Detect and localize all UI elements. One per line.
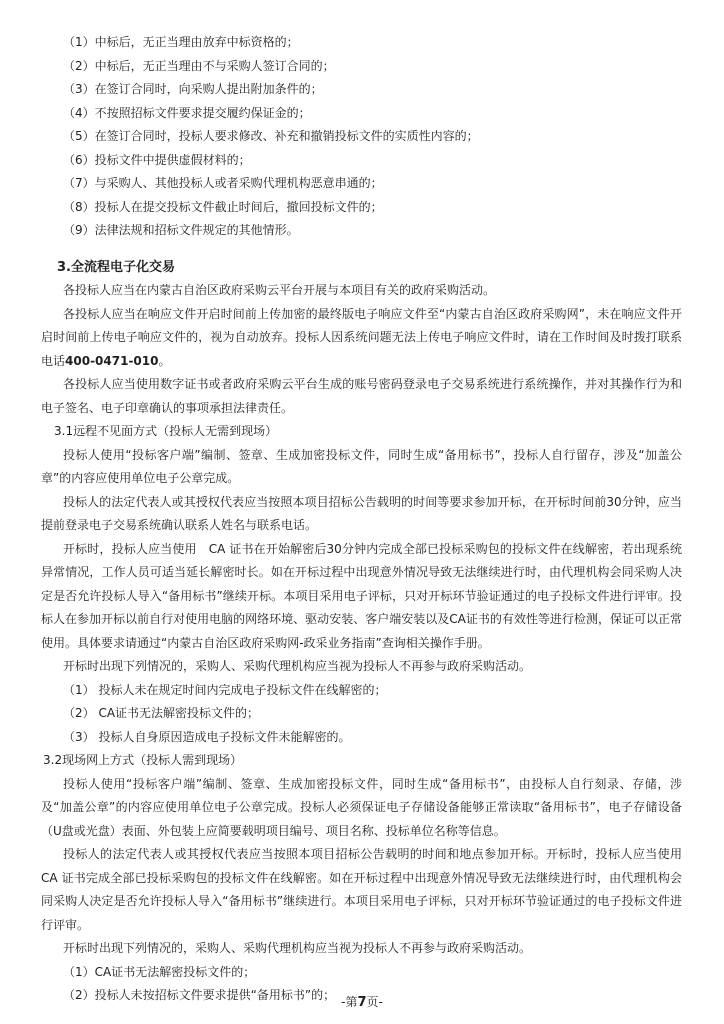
list-item: （5）在签订合同时，投标人要求修改、补充和撤销投标文件的实质性内容的； <box>41 125 682 149</box>
list-item: （6）投标文件中提供虚假材料的； <box>41 149 682 173</box>
list-item: （2） CA证书无法解密投标文件的； <box>41 702 682 726</box>
page-footer-text: 页- <box>367 995 383 1009</box>
paragraph: 投标人使用“投标客户端”编制、签章、生成加密投标文件，同时生成“备用标书”，由投… <box>41 773 682 844</box>
list-item: （3）在签订合同时，向采购人提出附加条件的； <box>41 78 682 102</box>
list-item: （2）中标后，无正当理由不与采购人签订合同的； <box>41 55 682 79</box>
list-item: （8）投标人在提交投标文件截止时间后，撤回投标文件的； <box>41 196 682 220</box>
list-item: （4）不按照招标文件要求提交履约保证金的； <box>41 102 682 126</box>
document-page: （1）中标后，无正当理由放弃中标资格的； （2）中标后，无正当理由不与采购人签订… <box>0 0 724 1024</box>
paragraph: 投标人的法定代表人或其授权代表应当按照本项目招标公告载明的时间等要求参加开标，在… <box>41 491 682 538</box>
list-item: （9）法律法规和招标文件规定的其他情形。 <box>41 219 682 243</box>
page-footer: -第7页- <box>0 992 724 1013</box>
paragraph: 各投标人应当在响应文件开启时间前上传加密的最终版电子响应文件至“内蒙古自治区政府… <box>41 303 682 374</box>
paragraph: 各投标人应当在内蒙古自治区政府采购云平台开展与本项目有关的政府采购活动。 <box>41 279 682 303</box>
paragraph: 开标时，投标人应当使用 CA 证书在开始解密后30分钟内完成全部已投标采购包的投… <box>41 538 682 656</box>
section-heading: 3.全流程电子化交易 <box>41 256 682 280</box>
phone-number: 400-0471-010 <box>65 354 158 368</box>
paragraph: 投标人使用“投标客户端”编制、签章、生成加密投标文件，同时生成“备用标书”，投标… <box>41 444 682 491</box>
paragraph: 投标人的法定代表人或其授权代表应当按照本项目招标公告载明的时间和地点参加开标。开… <box>41 843 682 937</box>
list-item: （1） 投标人未在规定时间内完成电子投标文件在线解密的； <box>41 679 682 703</box>
list-item: （1）中标后，无正当理由放弃中标资格的； <box>41 31 682 55</box>
document-content: （1）中标后，无正当理由放弃中标资格的； （2）中标后，无正当理由不与采购人签订… <box>41 31 682 1008</box>
list-item: （3） 投标人自身原因造成电子投标文件未能解密的。 <box>41 726 682 750</box>
paragraph-text: 。 <box>158 354 170 368</box>
paragraph: 开标时出现下列情况的，采购人、采购代理机构应当视为投标人不再参与政府采购活动。 <box>41 655 682 679</box>
paragraph: 开标时出现下列情况的，采购人、采购代理机构应当视为投标人不再参与政府采购活动。 <box>41 937 682 961</box>
page-number: 7 <box>357 995 366 1010</box>
subsection-heading: 3.2现场网上方式（投标人需到现场） <box>41 749 682 773</box>
page-footer-text: -第 <box>341 995 357 1009</box>
list-item: （7）与采购人、其他投标人或者采购代理机构恶意串通的； <box>41 172 682 196</box>
subsection-heading: 3.1远程不见面方式（投标人无需到现场） <box>41 420 682 444</box>
list-item: （1）CA证书无法解密投标文件的； <box>41 961 682 985</box>
paragraph: 各投标人应当使用数字证书或者政府采购云平台生成的账号密码登录电子交易系统进行系统… <box>41 373 682 420</box>
